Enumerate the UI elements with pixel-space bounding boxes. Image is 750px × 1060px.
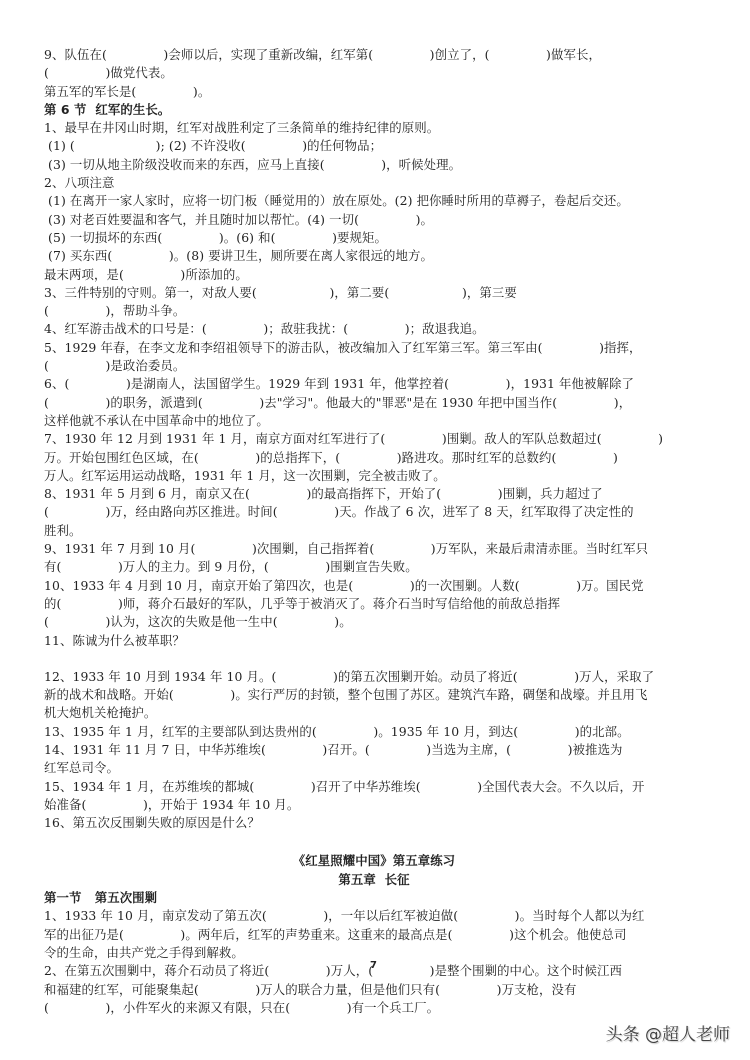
text-line: 有( )万人的主力。到 9 月份，( )围剿宣告失败。 bbox=[44, 558, 704, 576]
text-line: ( )，帮助斗争。 bbox=[44, 302, 704, 320]
text-line: 万。开始包围红色区域，在( )的总指挥下，( )路进攻。那时红军的总数约( ) bbox=[44, 449, 704, 467]
text-line: 15、1934 年 1 月，在苏维埃的都城( )召开了中华苏维埃( )全国代表大… bbox=[44, 778, 704, 796]
questions-continued: 9、队伍在( )会师以后，实现了重新改编，红军第( )创立了，( )做军长，( … bbox=[44, 46, 704, 101]
section-1-title: 第一节 第五次围剿 bbox=[44, 889, 704, 907]
text-line: ( )万，经由路向苏区推进。时间( )天。作战了 6 次，进军了 8 天，红军取… bbox=[44, 503, 704, 521]
chapter-subtitle: 第五章 长征 bbox=[44, 871, 704, 889]
text-line: 1、最早在井冈山时期，红军对战胜利定了三条简单的维持纪律的原则。 bbox=[44, 119, 704, 137]
text-line: 11、陈诚为什么被革职？ bbox=[44, 632, 704, 650]
text-line: 和福建的红军，可能聚集起( )万人的联合力量，但是他们只有( )万支枪，没有 bbox=[44, 981, 704, 999]
text-line: 1、1933 年 10 月，南京发动了第五次( )，一年以后红军被迫做( )。当… bbox=[44, 907, 704, 925]
text-line: 16、第五次反围剿失败的原因是什么？ bbox=[44, 814, 704, 832]
text-line: 红军总司令。 bbox=[44, 759, 704, 777]
text-line: 14、1931 年 11 月 7 日，中华苏维埃( )召开。( )当选为主席，(… bbox=[44, 741, 704, 759]
chapter-title: 《红星照耀中国》第五章练习 bbox=[44, 852, 704, 870]
text-line: 万人。红军运用运动战略，1931 年 1 月，这一次围剿，完全被击败了。 bbox=[44, 467, 704, 485]
text-line: ( )，小件军火的来源又有限，只在( )有一个兵工厂。 bbox=[44, 999, 704, 1017]
text-line: 始准备( )，开始于 1934 年 10 月。 bbox=[44, 796, 704, 814]
text-line: 3、三件特别的守则。第一，对敌人要( )，第二要( )，第三要 bbox=[44, 284, 704, 302]
page-number: 7 bbox=[370, 960, 377, 971]
text-line: ( )的职务，派遣到( )去"学习"。他最大的"罪恶"是在 1930 年把中国当… bbox=[44, 394, 704, 412]
section-6-questions: 1、最早在井冈山时期，红军对战胜利定了三条简单的维持纪律的原则。 (1) ( )… bbox=[44, 119, 704, 650]
text-line: 最末两项，是( )所添加的。 bbox=[44, 266, 704, 284]
text-line: ( )是政治委员。 bbox=[44, 357, 704, 375]
text-line: 9、队伍在( )会师以后，实现了重新改编，红军第( )创立了，( )做军长， bbox=[44, 46, 704, 64]
watermark: 头条 @超人老师 bbox=[606, 1020, 730, 1045]
text-line: 军的出征乃是( )。两年后，红军的声势重来。这重来的最高点是( )这个机会。他使… bbox=[44, 926, 704, 944]
text-line: 机大炮机关枪掩护。 bbox=[44, 704, 704, 722]
text-line: 6、( )是湖南人，法国留学生。1929 年到 1931 年，他掌控着( )，1… bbox=[44, 375, 704, 393]
section-6-questions-later: 12、1933 年 10 月到 1934 年 10 月。( )的第五次围剿开始。… bbox=[44, 668, 704, 833]
text-line: 胜利。 bbox=[44, 522, 704, 540]
text-line: (7) 买东西( )。(8) 要讲卫生，厕所要在离人家很远的地方。 bbox=[44, 247, 704, 265]
text-line: 2、八项注意 bbox=[44, 174, 704, 192]
text-line: (3) 对老百姓要温和客气，并且随时加以帮忙。(4) 一切( )。 bbox=[44, 211, 704, 229]
text-line: (1) ( ); (2) 不许没收( )的任何物品； bbox=[44, 137, 704, 155]
text-line: ( )认为，这次的失败是他一生中( )。 bbox=[44, 613, 704, 631]
text-line: 第五军的军长是( )。 bbox=[44, 83, 704, 101]
text-line: 5、1929 年春，在李文龙和李绍祖领导下的游击队，被改编加入了红军第三军。第三… bbox=[44, 339, 704, 357]
section-6-title: 第 6 节 红军的生长。 bbox=[44, 101, 704, 119]
text-line: 4、红军游击战术的口号是：( )；敌驻我扰：( )；敌退我追。 bbox=[44, 320, 704, 338]
text-line: 8、1931 年 5 月到 6 月，南京又在( )的最高指挥下，开始了( )围剿… bbox=[44, 485, 704, 503]
text-line: 的( )师，蒋介石最好的军队，几乎等于被消灭了。蒋介石当时写信给他的前敌总指挥 bbox=[44, 595, 704, 613]
text-line: 9、1931 年 7 月到 10 月( )次围剿，自己指挥着( )万军队，来最后… bbox=[44, 540, 704, 558]
text-line: 10、1933 年 4 月到 10 月，南京开始了第四次，也是( )的一次围剿。… bbox=[44, 577, 704, 595]
text-line: 这样他就不承认在中国革命中的地位了。 bbox=[44, 412, 704, 430]
text-line: ( )做党代表。 bbox=[44, 64, 704, 82]
text-line: 13、1935 年 1 月，红军的主要部队到达贵州的( )。1935 年 10 … bbox=[44, 723, 704, 741]
text-line: (3) 一切从地主阶级没收而来的东西，应马上直接( )，听候处理。 bbox=[44, 156, 704, 174]
text-line: 7、1930 年 12 月到 1931 年 1 月，南京方面对红军进行了( )围… bbox=[44, 430, 704, 448]
worksheet-page: 9、队伍在( )会师以后，实现了重新改编，红军第( )创立了，( )做军长，( … bbox=[44, 46, 704, 1017]
text-line: 12、1933 年 10 月到 1934 年 10 月。( )的第五次围剿开始。… bbox=[44, 668, 704, 686]
text-line: (5) 一切损坏的东西( )。(6) 和( )要规矩。 bbox=[44, 229, 704, 247]
text-line: (1) 在离开一家人家时，应将一切门板（睡觉用的）放在原处。(2) 把你睡时所用… bbox=[44, 192, 704, 210]
text-line: 新的战术和战略。开始( )。实行严厉的封锁，整个包围了苏区。建筑汽车路，碉堡和战… bbox=[44, 686, 704, 704]
